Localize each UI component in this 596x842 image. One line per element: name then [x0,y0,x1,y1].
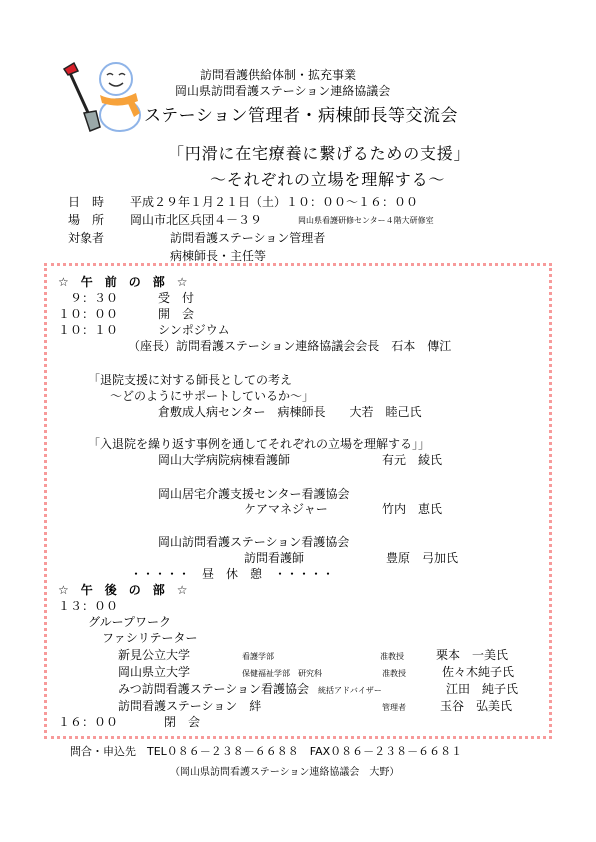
contact-org: （岡山県訪問看護ステーション連絡協議会 大野） [170,763,399,778]
facilitator-name: 江田 純子氏 [446,682,518,696]
schedule-event: 閉 会 [164,715,200,729]
schedule-event: 受 付 [158,291,194,305]
theme-subtitle: ～それぞれの立場を理解する～ [210,167,445,190]
facilitator-label: ファシリテーター [102,631,198,645]
speaker-role: 訪問看護師 [244,551,304,565]
chair: （座長）訪問看護ステーション連絡協議会会長 石本 傳江 [128,339,451,353]
schedule-time: １３：００ [58,599,118,613]
facilitator-title: 准教授 [380,652,404,662]
schedule-event: シンポジウム [158,323,230,337]
schedule-time: １０：００ [58,307,118,321]
speaker-org: 岡山大学病院病棟看護師 [158,453,290,467]
speaker-name: 有元 綾氏 [382,453,442,467]
target-line1: 訪問看護ステーション管理者 [170,231,325,245]
speaker-name: 豊原 弓加氏 [386,551,458,565]
speaker-org: 岡山居宅介護支援センター看護協会 [158,487,350,501]
facilitator-name: 佐々木純子氏 [442,665,514,679]
morning-heading: ☆ 午 前 の 部 ☆ [58,275,188,289]
afternoon-heading: ☆ 午 後 の 部 ☆ [58,583,188,597]
target-line2: 病棟師長・主任等 [170,249,266,263]
date-label: 日 時 [68,195,104,209]
lunch-break: ・・・・・ 昼 休 憩 ・・・・・ [130,567,334,581]
facilitator-name: 玉谷 弘美氏 [440,699,512,713]
facilitator-dept: 看護学部 [242,652,274,662]
speaker-role: ケアマネジャー [244,502,328,516]
theme-title: 「円滑に在宅療養に繋げるための支援」 [168,141,470,164]
speaker-name: 竹内 恵氏 [382,502,442,516]
speaker-org: 岡山訪問看護ステーション看護協会 [158,535,349,549]
talk1-title: 「退院支援に対する師長としての考え [88,373,292,387]
schedule-time: ９：３０ [70,291,118,305]
facilitator-org: 訪問看護ステーション 絆 [118,699,261,713]
place-label: 場 所 [68,213,104,227]
talk2-title: 「入退院を繰り返す事例を通してそれぞれの立場を理解する」」 [88,437,430,451]
groupwork-label: グループワーク [88,615,171,629]
facilitator-org: 岡山県立大学 [118,665,190,679]
page-title: ステーション管理者・病棟師長等交流会 [144,101,458,126]
header-line1: 訪問看護供給体制・拡充事業 [200,66,356,83]
place-value: 岡山市北区兵団４－３９ [130,213,262,227]
talk1-subtitle: ～どのようにサポートしているか～」 [110,389,314,403]
contact-info: 問合・申込先 TEL０８６－２３８－６６８８ FAX０８６－２３８－６６８１ [70,743,462,759]
facilitator-name: 栗本 一美氏 [436,648,508,662]
date-value: 平成２９年１月２１日（土）１０：００～１６：００ [130,195,418,209]
place-detail: 岡山県看護研修センター４階大研修室 [298,216,434,226]
snowman-illustration-icon [60,55,150,135]
facilitator-title: 准教授 [382,669,406,679]
facilitator-dept: 統括アドバイザー [318,686,382,696]
schedule-event: 開 会 [158,307,194,321]
facilitator-org: みつ訪問看護ステーション看護協会 [118,682,309,696]
facilitator-dept: 保健福祉学部 研究科 [242,669,322,679]
schedule-time: １０：１０ [58,323,118,337]
facilitator-title: 管理者 [382,703,406,713]
target-label: 対象者 [68,231,104,245]
header-line2: 岡山県訪問看護ステーション連絡協議会 [175,82,390,99]
talk1-speaker: 倉敷成人病センター 病棟師長 大若 睦己氏 [158,405,422,419]
schedule-time: １６：００ [58,715,118,729]
facilitator-org: 新見公立大学 [118,648,190,662]
